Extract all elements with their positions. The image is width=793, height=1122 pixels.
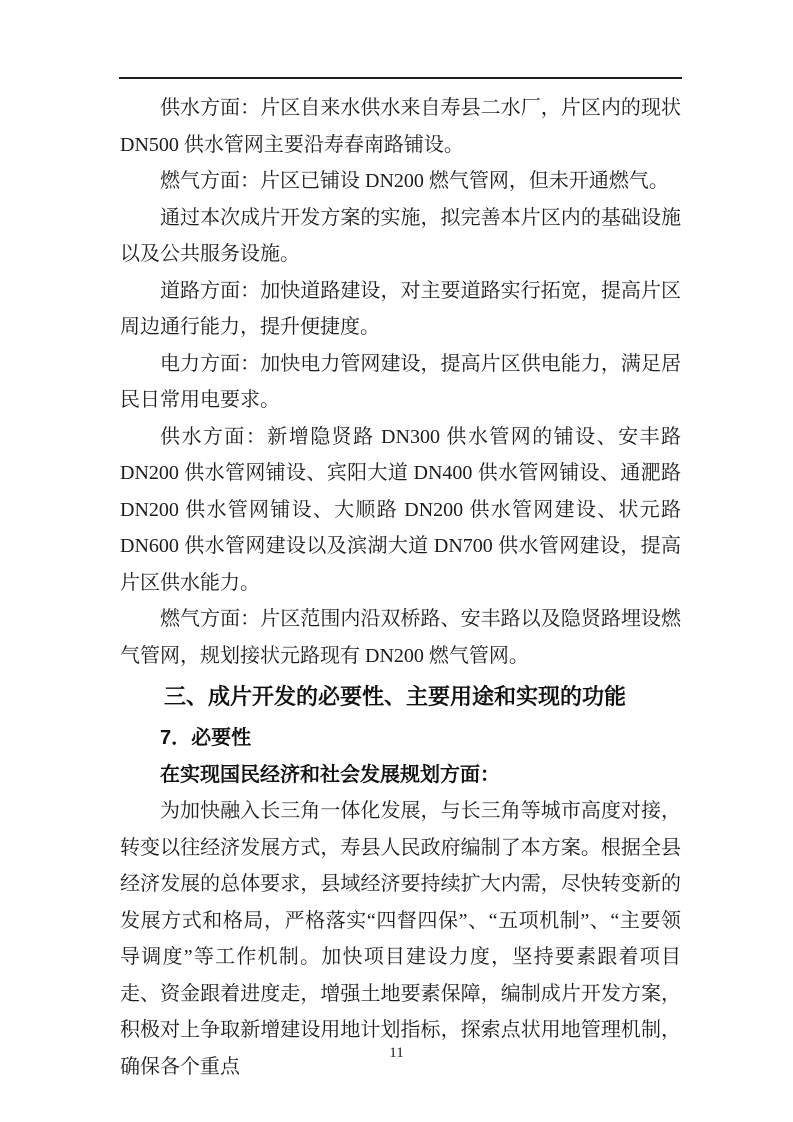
document-page: 供水方面：片区自来水供水来自寿县二水厂，片区内的现状 DN500 供水管网主要沿… (0, 0, 793, 1122)
header-rule (119, 77, 682, 79)
paragraph-roads: 道路方面：加快道路建设，对主要道路实行拓宽，提高片区周边通行能力，提升便捷度。 (120, 273, 681, 346)
paragraph-gas-status: 燃气方面：片区已铺设 DN200 燃气管网，但未开通燃气。 (120, 163, 681, 200)
paragraph-necessity-body: 为加快融入长三角一体化发展，与长三角等城市高度对接，转变以往经济发展方式，寿县人… (120, 793, 681, 1085)
paragraph-water-supply-status: 供水方面：片区自来水供水来自寿县二水厂，片区内的现状 DN500 供水管网主要沿… (120, 90, 681, 163)
subheading-topic: 在实现国民经济和社会发展规划方面： (120, 757, 681, 794)
page-number: 11 (389, 1045, 403, 1061)
paragraph-water-supply-plan: 供水方面：新增隐贤路 DN300 供水管网的铺设、安丰路 DN200 供水管网铺… (120, 419, 681, 602)
page-footer: 11 (0, 1044, 793, 1062)
document-body: 供水方面：片区自来水供水来自寿县二水厂，片区内的现状 DN500 供水管网主要沿… (120, 90, 681, 1085)
subheading-necessity: 7．必要性 (120, 720, 681, 757)
section-heading: 三、成片开发的必要性、主要用途和实现的功能 (120, 674, 681, 720)
paragraph-plan-implementation: 通过本次成片开发方案的实施，拟完善本片区内的基础设施以及公共服务设施。 (120, 200, 681, 273)
paragraph-gas-plan: 燃气方面：片区范围内沿双桥路、安丰路以及隐贤路埋设燃气管网，规划接状元路现有 D… (120, 601, 681, 674)
paragraph-electricity: 电力方面：加快电力管网建设，提高片区供电能力，满足居民日常用电要求。 (120, 346, 681, 419)
